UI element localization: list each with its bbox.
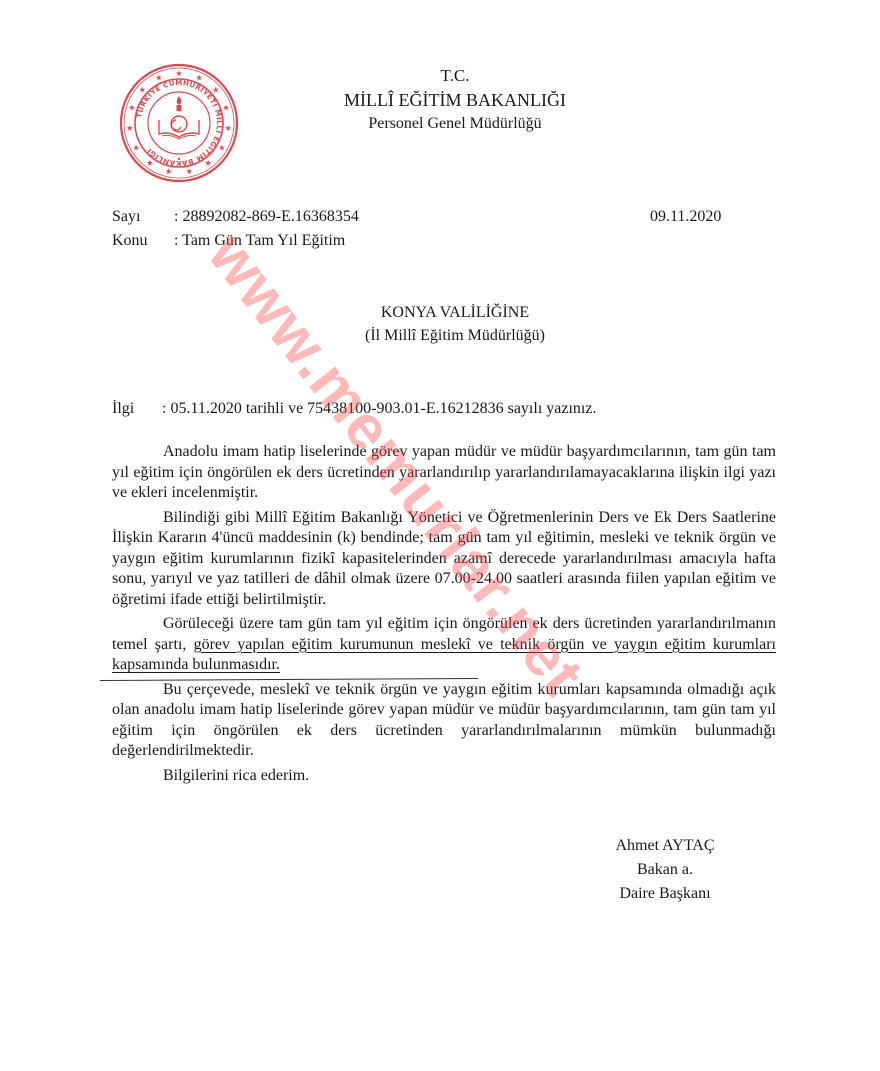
document-date: 09.11.2020 xyxy=(650,205,721,229)
signatory-name: Ahmet AYTAÇ xyxy=(590,834,740,858)
closing-line: Bilgilerini rica ederim. xyxy=(112,766,776,787)
paragraph-4: Bu çerçevede, meslekî ve teknik örgün ve… xyxy=(112,680,776,762)
letterhead-ministry: MİLLÎ EĞİTİM BAKANLIĞI xyxy=(300,88,610,112)
signatory-line2: Bakan a. xyxy=(590,858,740,882)
letter-body: Anadolu imam hatip liselerinde görev yap… xyxy=(112,442,776,790)
underlined-condition: görev yapılan eğitim kurumunun meslekî v… xyxy=(112,636,776,674)
sayi-row: Sayı: 28892082-869-E.16368354 xyxy=(112,205,359,229)
ministry-seal-icon: TÜRKİYE CUMHURİYETİ MİLLÎ EĞİTİM BAKANLI… xyxy=(118,62,240,184)
paragraph-2: Bilindiği gibi Millî Eğitim Bakanlığı Yö… xyxy=(112,508,776,611)
letterhead-tc: T.C. xyxy=(300,64,610,88)
signatory-title: Daire Başkanı xyxy=(590,882,740,906)
konu-label: Konu xyxy=(112,229,174,253)
konu-value: : Tam Gün Tam Yıl Eğitim xyxy=(174,232,345,249)
sayi-value: : 28892082-869-E.16368354 xyxy=(174,208,359,225)
paragraph-3: Görüleceği üzere tam gün tam yıl eğitim … xyxy=(112,614,776,676)
addressee-line2: (İl Millî Eğitim Müdürlüğü) xyxy=(300,325,610,347)
ilgi-row: İlgi: 05.11.2020 tarihli ve 75438100-903… xyxy=(112,397,596,421)
paragraph-1: Anadolu imam hatip liselerinde görev yap… xyxy=(112,442,776,504)
ilgi-value: : 05.11.2020 tarihli ve 75438100-903.01-… xyxy=(162,400,596,417)
sayi-label: Sayı xyxy=(112,205,174,229)
konu-row: Konu: Tam Gün Tam Yıl Eğitim xyxy=(112,229,345,253)
ilgi-label: İlgi xyxy=(112,397,162,421)
addressee-line1: KONYA VALİLİĞİNE xyxy=(300,302,610,324)
letterhead-department: Personel Genel Müdürlüğü xyxy=(300,112,610,136)
